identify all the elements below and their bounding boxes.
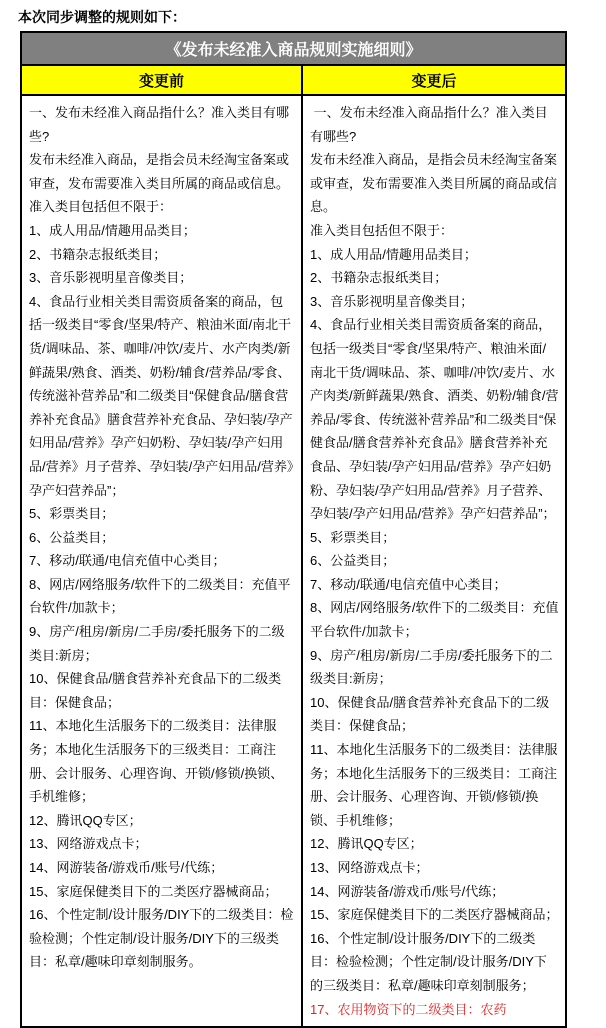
rule-paragraph: 一、发布未经准入商品指什么？准入类目有哪些? [29,101,295,148]
rule-paragraph: 12、腾讯QQ专区； [310,832,559,856]
rule-paragraph: 15、家庭保健类目下的二类医疗器械商品； [310,903,559,927]
rule-paragraph: 13、网络游戏点卡； [310,856,559,880]
column-header-row: 变更前 变更后 [21,65,566,95]
rule-paragraph: 5、彩票类目； [310,526,559,550]
rule-paragraph: 11、本地化生活服务下的二级类目：法律服务；本地化生活服务下的三级类目：工商注册… [310,738,559,832]
rule-paragraph: 1、成人用品/情趣用品类目； [29,219,295,243]
rule-paragraph: 14、网游装备/游戏币/账号/代练； [29,856,295,880]
rule-paragraph: 9、房产/租房/新房/二手房/委托服务下的二级类目:新房； [29,620,295,667]
table-title: 《发布未经准入商品规则实施细则》 [21,32,566,65]
announcement-page: 本次同步调整的规则如下： 《发布未经准入商品规则实施细则》 变更前 变更后 一、… [0,0,606,1028]
rule-paragraph: 10、保健食品/膳食营养补充食品下的二级类目：保健食品； [310,691,559,738]
rule-paragraph: 4、食品行业相关类目需资质备案的商品，包括一级类目“零食/坚果/特产、粮油米面/… [310,313,559,525]
rule-paragraph: 准入类目包括但不限于： [310,219,559,243]
column-header-before: 变更前 [21,65,302,95]
rule-paragraph: 13、网络游戏点卡； [29,832,295,856]
rule-paragraph: 7、移动/联通/电信充值中心类目； [29,549,295,573]
rule-paragraph: 3、音乐影视明星音像类目； [29,266,295,290]
rule-paragraph: 11、本地化生活服务下的二级类目：法律服务；本地化生活服务下的三级类目：工商注册… [29,714,295,808]
rule-paragraph: 8、网店/网络服务/软件下的二级类目：充值平台软件/加款卡； [310,596,559,643]
rule-paragraph: 10、保健食品/膳食营养补充食品下的二级类目：保健食品； [29,667,295,714]
rule-paragraph: 14、网游装备/游戏币/账号/代练； [310,880,559,904]
rule-paragraph: 5、彩票类目； [29,502,295,526]
rule-paragraph: 一、发布未经准入商品指什么？准入类目有哪些? [310,101,559,148]
rule-paragraph: 12、腾讯QQ专区； [29,809,295,833]
rule-paragraph: 3、音乐影视明星音像类目； [310,290,559,314]
page-title: 本次同步调整的规则如下： [0,0,606,31]
rule-paragraph: 15、家庭保健类目下的二类医疗器械商品； [29,880,295,904]
rule-paragraph: 9、房产/租房/新房/二手房/委托服务下的二级类目:新房； [310,644,559,691]
rule-paragraph: 1、成人用品/情趣用品类目； [310,243,559,267]
rules-comparison-table: 《发布未经准入商品规则实施细则》 变更前 变更后 一、发布未经准入商品指什么？准… [20,31,567,1028]
column-header-after: 变更后 [302,65,566,95]
rule-paragraph: 16、个性定制/设计服务/DIY下的二级类目：检验检测；个性定制/设计服务/DI… [310,927,559,998]
table-content-row: 一、发布未经准入商品指什么？准入类目有哪些?发布未经准入商品，是指会员未经淘宝备… [21,95,566,1027]
rule-paragraph: 准入类目包括但不限于： [29,195,295,219]
rule-paragraph: 发布未经准入商品，是指会员未经淘宝备案或审查，发布需要准入类目所属的商品或信息。 [310,148,559,219]
rule-paragraph: 6、公益类目； [29,526,295,550]
rule-paragraph: 17、农用物资下的二级类目：农药 [310,998,559,1022]
rule-paragraph: 8、网店/网络服务/软件下的二级类目：充值平台软件/加款卡； [29,573,295,620]
table-title-row: 《发布未经准入商品规则实施细则》 [21,32,566,65]
rule-paragraph: 4、食品行业相关类目需资质备案的商品，包括一级类目“零食/坚果/特产、粮油米面/… [29,290,295,502]
rule-paragraph: 7、移动/联通/电信充值中心类目； [310,573,559,597]
rule-paragraph: 2、书籍杂志报纸类目； [29,243,295,267]
before-rules-cell: 一、发布未经准入商品指什么？准入类目有哪些?发布未经准入商品，是指会员未经淘宝备… [21,95,302,1027]
rule-paragraph: 6、公益类目； [310,549,559,573]
rule-paragraph: 发布未经准入商品，是指会员未经淘宝备案或审查，发布需要准入类目所属的商品或信息。 [29,148,295,195]
rule-paragraph: 2、书籍杂志报纸类目； [310,266,559,290]
after-rules-cell: 一、发布未经准入商品指什么？准入类目有哪些?发布未经准入商品，是指会员未经淘宝备… [302,95,566,1027]
rule-paragraph: 16、个性定制/设计服务/DIY下的二级类目：检验检测；个性定制/设计服务/DI… [29,903,295,974]
